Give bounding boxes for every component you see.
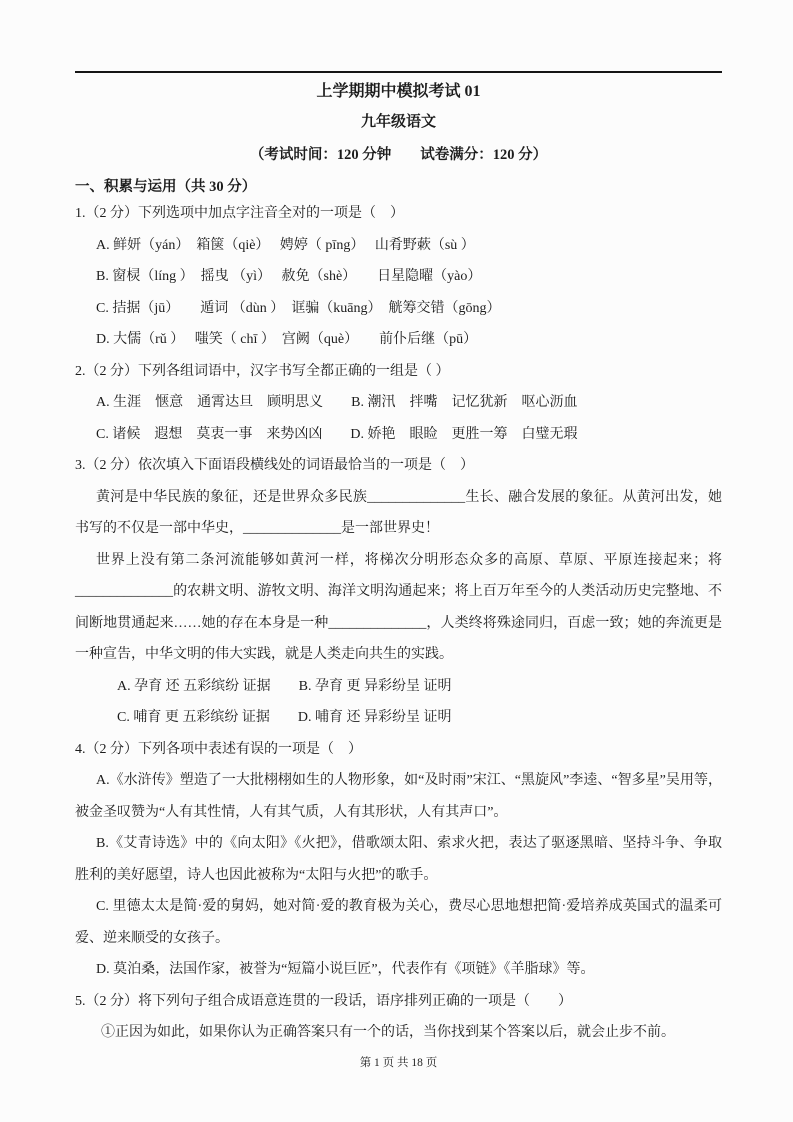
question-5: 5.（2 分）将下列句子组合成语意连贯的一段话，语序排列正确的一项是（ ） ①正… xyxy=(75,986,722,1049)
question-4-option-d: D. 莫泊桑，法国作家，被誉为“短篇小说巨匠”，代表作有《项链》《羊脂球》等。 xyxy=(75,954,722,986)
question-3: 3.（2 分）依次填入下面语段横线处的词语最恰当的一项是（ ） 黄河是中华民族的… xyxy=(75,450,722,734)
question-1: 1.（2 分）下列选项中加点字注音全对的一项是（ ） A. 鲜妍（yán） 箱箧… xyxy=(75,198,722,356)
question-2-options-ab: A. 生涯 惬意 通霄达旦 顾明思义 B. 潮汛 拌嘴 记忆犹新 呕心沥血 xyxy=(75,387,722,419)
question-5-stem: 5.（2 分）将下列句子组合成语意连贯的一段话，语序排列正确的一项是（ ） xyxy=(75,986,722,1018)
question-3-passage-paragraph-1: 黄河是中华民族的象征，还是世界众多民族______________生长、融合发展… xyxy=(75,482,722,545)
question-4-option-c: C. 里德太太是简·爱的舅妈，她对简·爱的教育极为关心，费尽心思地想把简·爱培养… xyxy=(75,891,722,954)
page-title: 上学期期中模拟考试 01 xyxy=(75,80,722,104)
question-4-option-a: A.《水浒传》塑造了一大批栩栩如生的人物形象，如“及时雨”宋江、“黑旋风”李逵、… xyxy=(75,765,722,828)
question-3-passage-paragraph-2: 世界上没有第二条河流能够如黄河一样，将梯次分明形态众多的高原、草原、平原连接起来… xyxy=(75,545,722,671)
footer-page-number: 第 1 页 共 18 页 xyxy=(75,1055,722,1071)
header-rule xyxy=(75,71,722,73)
question-1-option-c: C. 拮据（jū） 遁词 （dùn ） 诓骗（kuāng） 觥筹交错（gōng） xyxy=(75,293,722,325)
section-1-heading: 一、积累与运用（共 30 分） xyxy=(75,176,722,198)
exam-info-line: （考试时间：120 分钟 试卷满分：120 分） xyxy=(75,144,722,166)
question-2-stem: 2.（2 分）下列各组词语中，汉字书写全都正确的一组是（ ） xyxy=(75,356,722,388)
question-3-options-cd: C. 哺育 更 五彩缤纷 证据 D. 哺育 还 异彩纷呈 证明 xyxy=(75,702,722,734)
question-3-options-ab: A. 孕育 还 五彩缤纷 证据 B. 孕育 更 异彩纷呈 证明 xyxy=(75,671,722,703)
question-4: 4.（2 分）下列各项中表述有误的一项是（ ） A.《水浒传》塑造了一大批栩栩如… xyxy=(75,734,722,986)
question-1-option-a: A. 鲜妍（yán） 箱箧（qiè） 娉婷（ pīng） 山肴野蔌（sù ） xyxy=(75,230,722,262)
question-1-option-d: D. 大儒（rǔ ） 嗤笑（ chī ） 宫阙（què） 前仆后继（pū） xyxy=(75,324,722,356)
question-1-stem: 1.（2 分）下列选项中加点字注音全对的一项是（ ） xyxy=(75,198,722,230)
exam-document-page: 上学期期中模拟考试 01 九年级语文 （考试时间：120 分钟 试卷满分：120… xyxy=(0,0,793,1122)
question-4-option-b: B.《艾青诗选》中的《向太阳》《火把》，借歌颂太阳、索求火把，表达了驱逐黑暗、坚… xyxy=(75,828,722,891)
question-2-options-cd: C. 诸候 遐想 莫衷一事 来势凶凶 D. 娇艳 眼睑 更胜一筹 白璧无瑕 xyxy=(75,419,722,451)
exam-subject-subtitle: 九年级语文 xyxy=(75,111,722,133)
question-2: 2.（2 分）下列各组词语中，汉字书写全都正确的一组是（ ） A. 生涯 惬意 … xyxy=(75,356,722,451)
question-1-option-b: B. 窗棂（líng ） 摇曳 （yì） 赦免（shè） 日星隐曜（yào） xyxy=(75,261,722,293)
question-5-sentence-1: ①正因为如此，如果你认为正确答案只有一个的话，当你找到某个答案以后，就会止步不前… xyxy=(75,1017,722,1049)
question-4-stem: 4.（2 分）下列各项中表述有误的一项是（ ） xyxy=(75,734,722,766)
question-3-stem: 3.（2 分）依次填入下面语段横线处的词语最恰当的一项是（ ） xyxy=(75,450,722,482)
